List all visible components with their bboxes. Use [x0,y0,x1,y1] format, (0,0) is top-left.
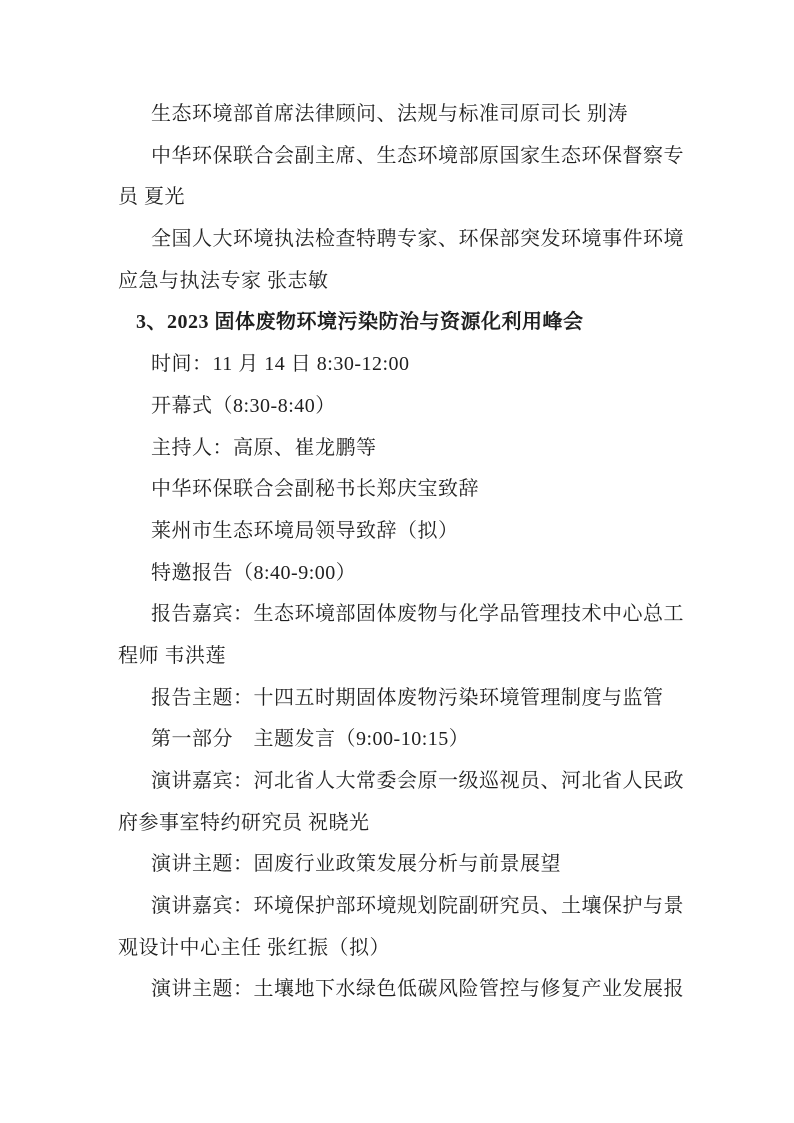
document-page: 生态环境部首席法律顾问、法规与标准司原司长 别涛 中华环保联合会副主席、生态环境… [0,0,794,1123]
guest-list-line: 中华环保联合会副主席、生态环境部原国家生态环保督察专 [118,136,678,178]
part-one-heading-line: 第一部分 主题发言（9:00-10:15） [118,719,678,761]
opening-ceremony-line: 开幕式（8:30-8:40） [118,386,678,428]
speaker-line: 演讲嘉宾：环境保护部环境规划院副研究员、土壤保护与景 [118,886,678,928]
guest-list-line: 生态环境部首席法律顾问、法规与标准司原司长 别涛 [118,94,678,136]
invited-report-line: 特邀报告（8:40-9:00） [118,553,678,595]
report-guest-line: 报告嘉宾：生态环境部固体废物与化学品管理技术中心总工 [118,594,678,636]
speech-line: 莱州市生态环境局领导致辞（拟） [118,511,678,553]
report-topic-line: 报告主题：十四五时期固体废物污染环境管理制度与监管 [118,678,678,720]
report-guest-line-continuation: 程师 韦洪莲 [118,636,678,678]
session-heading: 3、2023 固体废物环境污染防治与资源化利用峰会 [118,302,678,344]
guest-list-line-continuation: 应急与执法专家 张志敏 [118,261,678,303]
guest-list-line-continuation: 员 夏光 [118,177,678,219]
guest-list-line: 全国人大环境执法检查特聘专家、环保部突发环境事件环境 [118,219,678,261]
host-line: 主持人：高原、崔龙鹏等 [118,428,678,470]
session-time-line: 时间：11 月 14 日 8:30-12:00 [118,344,678,386]
document-body: 生态环境部首席法律顾问、法规与标准司原司长 别涛 中华环保联合会副主席、生态环境… [118,94,678,1011]
speech-topic-line: 演讲主题：固废行业政策发展分析与前景展望 [118,844,678,886]
speaker-line-continuation: 府参事室特约研究员 祝晓光 [118,803,678,845]
speaker-line: 演讲嘉宾：河北省人大常委会原一级巡视员、河北省人民政 [118,761,678,803]
speech-topic-line: 演讲主题：土壤地下水绿色低碳风险管控与修复产业发展报 [118,969,678,1011]
speech-line: 中华环保联合会副秘书长郑庆宝致辞 [118,469,678,511]
speaker-line-continuation: 观设计中心主任 张红振（拟） [118,928,678,970]
